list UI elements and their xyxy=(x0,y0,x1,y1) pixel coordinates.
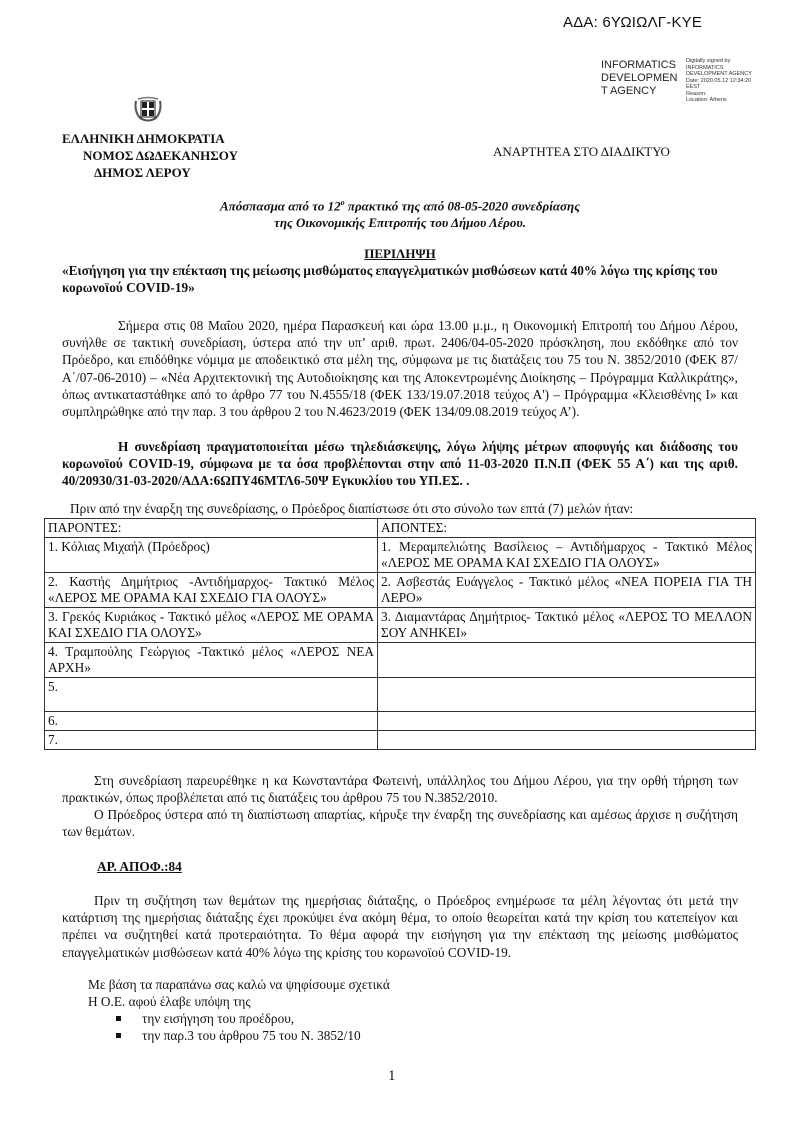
page-number: 1 xyxy=(388,1068,396,1085)
present-member: 5. xyxy=(45,678,378,712)
decision-number: ΑΡ. ΑΠΟΦ.:84 xyxy=(97,859,182,875)
absent-member: 3. Διαμαντάρας Δημήτριος- Τακτικό μέλος … xyxy=(378,608,756,643)
absent-member: 1. Μεραμπελιώτης Βασίλειος – Αντιδήμαρχο… xyxy=(378,538,756,573)
vote-intro: Με βάση τα παραπάνω σας καλώ να ψηφίσουμ… xyxy=(88,976,390,1010)
signer-line: DEVELOPMEN xyxy=(601,72,677,85)
table-row: 4. Τραμπούλης Γεώργιος -Τακτικό μέλος «Λ… xyxy=(45,643,756,678)
list-item: την παρ.3 του άρθρου 75 του Ν. 3852/10 xyxy=(108,1027,361,1044)
greek-coat-of-arms-icon xyxy=(132,95,164,123)
square-bullet-icon xyxy=(116,1033,121,1038)
present-member: 1. Κόλιας Μιχαήλ (Πρόεδρος) xyxy=(45,538,378,573)
table-row: 1. Κόλιας Μιχαήλ (Πρόεδρος) 1. Μεραμπελι… xyxy=(45,538,756,573)
signature-detail-line: DEVELOPMENT AGENCY xyxy=(686,71,752,78)
table-row: 2. Καστής Δημήτριος -Αντιδήμαρχος- Τακτι… xyxy=(45,573,756,608)
quorum-paragraph: Ο Πρόεδρος ύστερα από τη διαπίστωση απαρ… xyxy=(62,806,738,840)
post-online-notice: ΑΝΑΡΤΗΤΕΑ ΣΤΟ ΔΙΑΔΙΚΤΥΟ xyxy=(493,144,670,160)
signer-line: T AGENCY xyxy=(601,85,677,98)
signer-line: INFORMATICS xyxy=(601,59,677,72)
absent-member xyxy=(378,731,756,750)
teleconference-paragraph: Η συνεδρίαση πραγματοποιείται μέσω τηλεδ… xyxy=(62,438,738,490)
considerations-intro: Η Ο.Ε. αφού έλαβε υπόψη της xyxy=(88,993,390,1010)
excerpt-line2: της Οικονομικής Επιτροπής του Δήμου Λέρο… xyxy=(100,214,700,231)
authority-country: ΕΛΛΗΝΙΚΗ ΔΗΜΟΚΡΑΤΙΑ xyxy=(62,130,262,147)
authority-municipality: ΔΗΜΟΣ ΛΕΡΟΥ xyxy=(62,164,262,181)
table-header-row: ΠΑΡΟΝΤΕΣ: ΑΠΟΝΤΕΣ: xyxy=(45,519,756,538)
attendance-table: ΠΑΡΟΝΤΕΣ: ΑΠΟΝΤΕΣ: 1. Κόλιας Μιχαήλ (Πρό… xyxy=(44,518,756,750)
urgent-topic-paragraph: Πριν τη συζήτηση των θεμάτων της ημερήσι… xyxy=(62,892,738,961)
present-member: 3. Γρεκός Κυριάκος - Τακτικό μέλος «ΛΕΡΟ… xyxy=(45,608,378,643)
absent-member: 2. Ασβεστάς Ευάγγελος - Τακτικό μέλος «Ν… xyxy=(378,573,756,608)
header-present: ΠΑΡΟΝΤΕΣ: xyxy=(45,519,378,538)
list-item-text: την παρ.3 του άρθρου 75 του Ν. 3852/10 xyxy=(142,1028,361,1043)
table-row: 6. xyxy=(45,712,756,731)
table-row: 7. xyxy=(45,731,756,750)
table-row: 5. xyxy=(45,678,756,712)
table-row: 3. Γρεκός Κυριάκος - Τακτικό μέλος «ΛΕΡΟ… xyxy=(45,608,756,643)
digital-signature-details: Digitally signed by INFORMATICS DEVELOPM… xyxy=(686,58,752,104)
absent-member xyxy=(378,643,756,678)
list-item: την εισήγηση του προέδρου, xyxy=(108,1010,361,1027)
summary-subject: «Εισήγηση για την επέκταση της μείωσης μ… xyxy=(62,262,738,296)
considerations-list: την εισήγηση του προέδρου, την παρ.3 του… xyxy=(108,1010,361,1044)
excerpt-line1-post: πρακτικό της από 08-05-2020 συνεδρίασης xyxy=(345,198,580,213)
present-member: 6. xyxy=(45,712,378,731)
digital-signature-signer: INFORMATICS DEVELOPMEN T AGENCY xyxy=(601,59,677,98)
square-bullet-icon xyxy=(116,1016,121,1021)
meeting-intro-paragraph: Σήμερα στις 08 Μαΐου 2020, ημέρα Παρασκε… xyxy=(62,317,738,420)
issuing-authority: ΕΛΛΗΝΙΚΗ ΔΗΜΟΚΡΑΤΙΑ ΝΟΜΟΣ ΔΩΔΕΚΑΝΗΣΟΥ ΔΗ… xyxy=(62,130,262,181)
absent-member xyxy=(378,712,756,731)
excerpt-line1-pre: Απόσπασμα από το 12 xyxy=(220,198,341,213)
list-item-text: την εισήγηση του προέδρου, xyxy=(142,1011,294,1026)
present-member: 4. Τραμπούλης Γεώργιος -Τακτικό μέλος «Λ… xyxy=(45,643,378,678)
secretary-paragraph: Στη συνεδρίαση παρευρέθηκε η κα Κωνσταντ… xyxy=(62,772,738,806)
vote-call: Με βάση τα παραπάνω σας καλώ να ψηφίσουμ… xyxy=(88,976,390,993)
header-absent: ΑΠΟΝΤΕΣ: xyxy=(378,519,756,538)
present-member: 2. Καστής Δημήτριος -Αντιδήμαρχος- Τακτι… xyxy=(45,573,378,608)
summary-title: ΠΕΡΙΛΗΨΗ xyxy=(100,246,700,262)
signature-detail-line: Location: Athens xyxy=(686,97,752,104)
minutes-excerpt-heading: Απόσπασμα από το 12ο πρακτικό της από 08… xyxy=(100,194,700,231)
authority-prefecture: ΝΟΜΟΣ ΔΩΔΕΚΑΝΗΣΟΥ xyxy=(62,147,262,164)
quorum-intro: Πριν από την έναρξη της συνεδρίασης, ο Π… xyxy=(62,500,738,517)
ada-code: ΑΔΑ: 6ΥΩΙΩΛΓ-ΚΥΕ xyxy=(563,14,702,31)
absent-member xyxy=(378,678,756,712)
present-member: 7. xyxy=(45,731,378,750)
